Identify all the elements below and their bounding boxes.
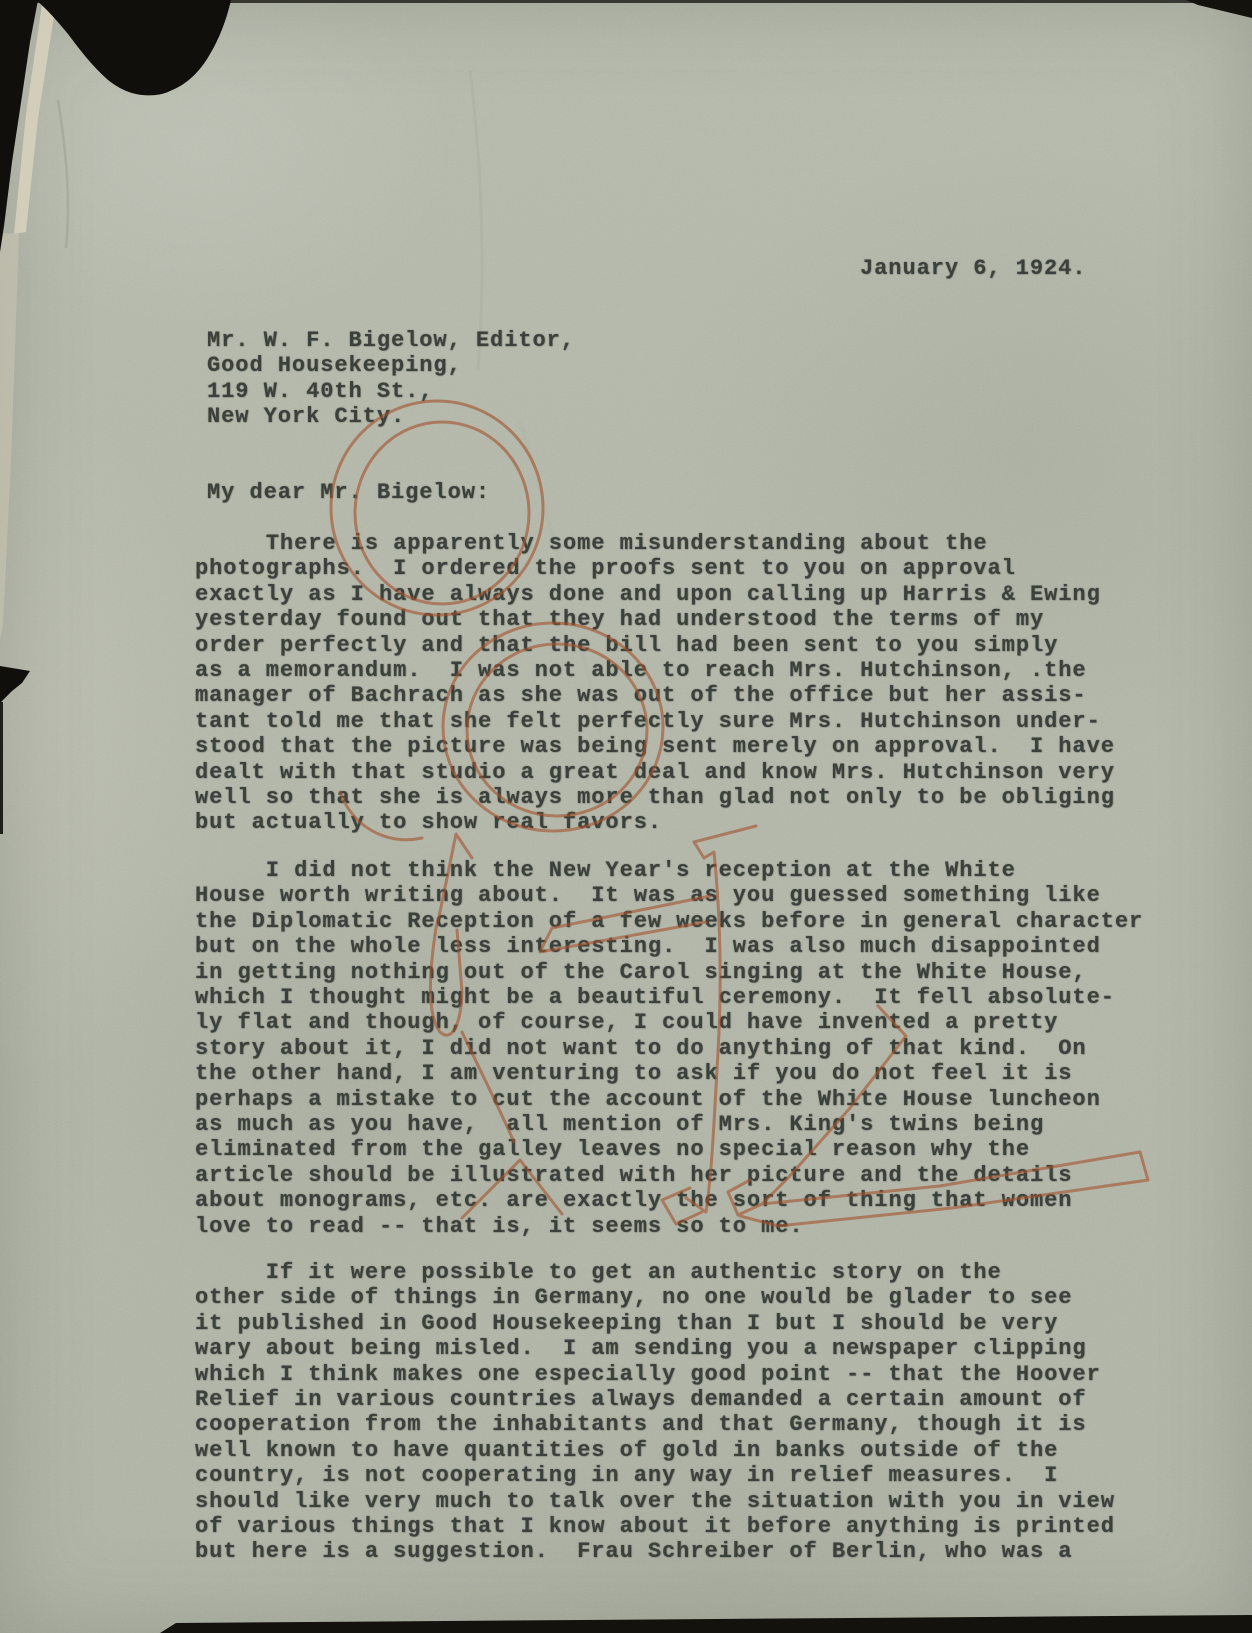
torn-corner [36,0,231,95]
recipient-address: Mr. W. F. Bigelow, Editor, Good Housekee… [207,328,575,430]
paper-fold-highlight [14,4,55,234]
paragraph-1: There is apparently some misunderstandin… [195,531,1115,836]
crease-line [470,70,482,370]
scan-edge-left-sliver [0,702,3,834]
torn-corner-right [1186,0,1252,18]
scan-edge-top [0,0,1252,3]
letter-page: January 6, 1924. Mr. W. F. Bigelow, Edit… [0,0,1252,1633]
paragraph-3: If it were possible to get an authentic … [195,1260,1115,1565]
letter-date: January 6, 1924. [860,256,1086,281]
scan-edge-top-left [0,0,38,252]
paragraph-2: I did not think the New Year's reception… [195,858,1143,1239]
left-edge-highlight [0,233,19,640]
scan-background: January 6, 1924. Mr. W. F. Bigelow, Edit… [0,0,1252,1633]
crease-line [58,100,68,248]
salutation: My dear Mr. Bigelow: [207,480,490,505]
torn-notch-left [0,666,30,703]
scan-edge-bottom [160,1615,1252,1633]
